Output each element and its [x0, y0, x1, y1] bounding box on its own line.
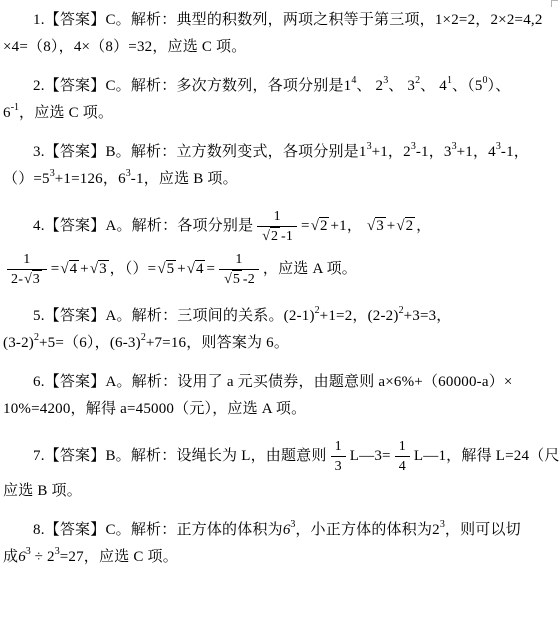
text-run: 、 2	[356, 78, 383, 94]
radicand: 3	[98, 260, 109, 278]
superscript: 2	[399, 305, 404, 316]
text-line: 10%=4200，解得 a=45000（元），应选 A 项。	[3, 396, 560, 423]
text-run: 应选 B 项。	[3, 483, 82, 499]
sqrt-expression: √5	[224, 272, 242, 287]
superscript: 3	[290, 519, 295, 530]
text-line: 成63 ÷ 23=27，应选 C 项。	[3, 544, 560, 571]
radicand: 5	[166, 260, 177, 278]
text-run: 1.【答案】C。解析：典型的积数列，两项之积等于第三项，1×2=2，2×2=4,…	[33, 12, 543, 28]
text-run: 8.【答案】C。解析：正方体的体积为	[33, 522, 283, 538]
radical-sign-icon: √	[311, 213, 319, 240]
text-run: -2	[243, 272, 255, 287]
text-line: 6.【答案】A。解析：设用了 a 元买债券，由题意则 a×6%+（60000-a…	[3, 369, 560, 396]
radicand: 3	[375, 217, 386, 235]
answer-list: 1.【答案】C。解析：典型的积数列，两项之积等于第三项，1×2=2，2×2=4,…	[3, 7, 560, 571]
superscript: 3	[383, 75, 388, 86]
radical-sign-icon: √	[157, 256, 165, 283]
answer-item-6: 6.【答案】A。解析：设用了 a 元买债券，由题意则 a×6%+（60000-a…	[3, 369, 560, 423]
text-run: ，	[416, 218, 431, 234]
text-run: 成	[3, 549, 18, 565]
text-run: ，（）=	[110, 261, 157, 277]
radical-sign-icon: √	[224, 270, 232, 289]
text-run: 2.【答案】C。解析：多次方数列，各项分别是1	[33, 78, 351, 94]
radicand: 5	[232, 270, 242, 288]
sqrt-expression: √2	[311, 218, 330, 234]
text-run: +1，2	[372, 144, 411, 160]
superscript: 2	[34, 332, 39, 343]
superscript: -1	[11, 102, 19, 113]
text-boundary-corner-mark	[551, 0, 558, 7]
superscript: 3	[126, 168, 131, 179]
text-run: 7.【答案】B。解析：设绳长为 L，由题意则	[33, 448, 327, 464]
text-run: 5.【答案】A。解析：三项间的关系。(2-1)	[33, 308, 315, 324]
superscript: 1	[447, 75, 452, 86]
text-run: 3.【答案】B。解析：立方数列变式，各项分别是1	[33, 144, 367, 160]
superscript: 3	[367, 141, 372, 152]
text-run: +1，	[330, 218, 366, 234]
superscript: 2	[315, 305, 320, 316]
radicand: 3	[32, 270, 42, 288]
text-run: 4.【答案】A。解析：各项分别是	[33, 218, 253, 234]
superscript: 2	[141, 332, 146, 343]
text-line: 4.【答案】A。解析：各项分别是1√2-1=√2+1， √3+√2，	[3, 205, 560, 248]
text-run: ，则可以切	[445, 522, 521, 538]
radical-sign-icon: √	[60, 256, 68, 283]
text-run: L—3=	[350, 448, 391, 464]
answer-item-4: 4.【答案】A。解析：各项分别是1√2-1=√2+1， √3+√2，12-√3=…	[3, 205, 560, 291]
fraction-numerator: 1	[257, 207, 297, 227]
radicand: 4	[195, 260, 206, 278]
text-run: ，小正方体的体积为2	[295, 522, 440, 538]
text-run: -1，3	[416, 144, 452, 160]
fraction-numerator: 1	[331, 437, 346, 457]
text-run: 10%=4200，解得 a=45000（元），应选 A 项。	[3, 401, 306, 417]
text-run: 1	[23, 252, 30, 267]
fraction-denominator: 4	[395, 457, 410, 476]
fraction-denominator: √2-1	[257, 227, 297, 246]
sqrt-expression: √5	[157, 261, 176, 277]
text-run: ×4=（8），4×（8）=32，应选 C 项。	[3, 39, 246, 55]
text-run: 1	[235, 252, 242, 267]
fraction: 1√2-1	[257, 207, 297, 246]
text-run: +7=16，则答案为 6。	[146, 335, 289, 351]
text-line: 应选 B 项。	[3, 478, 560, 505]
superscript: 3	[26, 546, 31, 557]
text-line: 6-1，应选 C 项。	[3, 100, 560, 127]
text-run: 2-	[11, 272, 23, 287]
text-run: 1	[274, 209, 281, 224]
text-run: （）=5	[3, 171, 50, 187]
text-run: +	[387, 218, 396, 234]
italic-variable: 6	[18, 549, 26, 565]
text-run: ÷ 2	[31, 549, 55, 565]
superscript: 3	[440, 519, 445, 530]
text-run: +	[80, 261, 89, 277]
fraction-numerator: 1	[219, 250, 259, 270]
text-run: +1=126，6	[55, 171, 126, 187]
sqrt-expression: √4	[187, 261, 206, 277]
sqrt-expression: √3	[367, 218, 386, 234]
text-run: +	[177, 261, 186, 277]
text-run: 1	[335, 439, 342, 454]
text-run: (3-2)	[3, 335, 34, 351]
text-line: 3.【答案】B。解析：立方数列变式，各项分别是13+1，23-1，33+1，43…	[3, 139, 560, 166]
text-run: ）、	[488, 78, 511, 94]
text-line: 8.【答案】C。解析：正方体的体积为63，小正方体的体积为23，则可以切	[3, 517, 560, 544]
answer-item-2: 2.【答案】C。解析：多次方数列，各项分别是14、 23、 32、 41、（50…	[3, 73, 560, 127]
text-run: =	[51, 261, 60, 277]
text-line: ×4=（8），4×（8）=32，应选 C 项。	[3, 34, 560, 61]
superscript: 0	[483, 75, 488, 86]
radical-sign-icon: √	[367, 213, 375, 240]
radical-sign-icon: √	[262, 227, 270, 246]
superscript: 2	[415, 75, 420, 86]
text-run: 、（5	[452, 78, 483, 94]
text-line: 1.【答案】C。解析：典型的积数列，两项之积等于第三项，1×2=2，2×2=4,…	[3, 7, 560, 34]
text-run: -1，应选 B 项。	[131, 171, 238, 187]
text-run: =27，应选 C 项。	[60, 549, 178, 565]
text-run: +1，4	[457, 144, 496, 160]
fraction-denominator: 2-√3	[7, 270, 47, 289]
radical-sign-icon: √	[90, 256, 98, 283]
fraction: 1√5-2	[219, 250, 259, 289]
text-run: 3	[335, 459, 342, 474]
text-run: -1	[281, 229, 293, 244]
text-line: 2.【答案】C。解析：多次方数列，各项分别是14、 23、 32、 41、（50…	[3, 73, 560, 100]
text-run: ，应选 A 项。	[263, 261, 357, 277]
radical-sign-icon: √	[187, 256, 195, 283]
text-run: 1	[399, 439, 406, 454]
text-run: 4	[399, 459, 406, 474]
fraction-numerator: 1	[7, 250, 47, 270]
fraction: 12-√3	[7, 250, 47, 289]
superscript: 3	[55, 546, 60, 557]
text-run: 、 4	[420, 78, 447, 94]
text-run: 6.【答案】A。解析：设用了 a 元买债券，由题意则 a×6%+（60000-a…	[33, 374, 513, 390]
radical-sign-icon: √	[396, 213, 404, 240]
text-line: 12-√3=√4+√3，（）=√5+√4=1√5-2，应选 A 项。	[3, 248, 560, 291]
sqrt-expression: √4	[60, 261, 79, 277]
radicand: 2	[319, 217, 330, 235]
text-run: =	[301, 218, 310, 234]
text-line: 5.【答案】A。解析：三项间的关系。(2-1)2+1=2，(2-2)2+3=3，	[3, 303, 560, 330]
answer-item-8: 8.【答案】C。解析：正方体的体积为63，小正方体的体积为23，则可以切成63 …	[3, 517, 560, 571]
text-run: +3=3，	[404, 308, 452, 324]
text-run: +1=2，(2-2)	[320, 308, 399, 324]
text-run: ，应选 C 项。	[19, 105, 113, 121]
radicand: 2	[270, 227, 280, 245]
fraction: 14	[395, 437, 410, 476]
answer-item-1: 1.【答案】C。解析：典型的积数列，两项之积等于第三项，1×2=2，2×2=4,…	[3, 7, 560, 61]
answer-item-7: 7.【答案】B。解析：设绳长为 L，由题意则13L—3=14L—1，解得 L=2…	[3, 435, 560, 505]
sqrt-expression: √3	[24, 272, 42, 287]
text-line: （）=53+1=126，63-1，应选 B 项。	[3, 166, 560, 193]
text-run: +5=（6），(6-3)	[39, 335, 141, 351]
superscript: 3	[50, 168, 55, 179]
answer-item-3: 3.【答案】B。解析：立方数列变式，各项分别是13+1，23-1，33+1，43…	[3, 139, 560, 193]
answer-item-5: 5.【答案】A。解析：三项间的关系。(2-1)2+1=2，(2-2)2+3=3，…	[3, 303, 560, 357]
radicand: 2	[405, 217, 416, 235]
radicand: 4	[69, 260, 80, 278]
text-run: -1，	[501, 144, 529, 160]
text-run: 、 3	[388, 78, 415, 94]
superscript: 4	[351, 75, 356, 86]
superscript: 3	[452, 141, 457, 152]
text-run: L—1，解得 L=24（尺），	[414, 448, 560, 464]
fraction-denominator: √5-2	[219, 270, 259, 289]
text-line: 7.【答案】B。解析：设绳长为 L，由题意则13L—3=14L—1，解得 L=2…	[3, 435, 560, 478]
sqrt-expression: √2	[396, 218, 415, 234]
fraction-numerator: 1	[395, 437, 410, 457]
superscript: 3	[411, 141, 416, 152]
text-run: 6	[3, 105, 11, 121]
fraction-denominator: 3	[331, 457, 346, 476]
document-page: 1.【答案】C。解析：典型的积数列，两项之积等于第三项，1×2=2，2×2=4,…	[0, 0, 560, 621]
radical-sign-icon: √	[24, 270, 32, 289]
text-line: (3-2)2+5=（6），(6-3)2+7=16，则答案为 6。	[3, 330, 560, 357]
sqrt-expression: √3	[90, 261, 109, 277]
sqrt-expression: √2	[262, 229, 280, 244]
superscript: 3	[496, 141, 501, 152]
fraction: 13	[331, 437, 346, 476]
text-run: =	[206, 261, 215, 277]
